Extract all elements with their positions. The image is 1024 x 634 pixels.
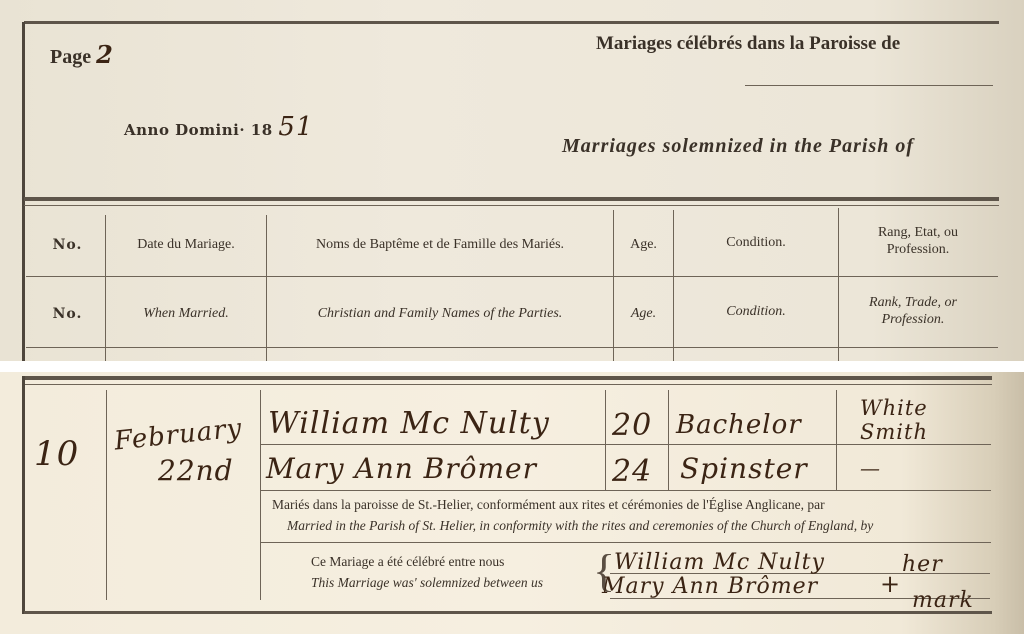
col-header-date-en: When Married. [106,305,266,322]
parish-text-line [261,542,991,543]
col-divider-3 [613,210,614,361]
col-header-condition-fr: Condition. [674,234,838,251]
mark-cross: + [880,570,901,598]
entry-col-divider-3 [605,390,606,490]
header-bottom-separator [26,347,998,348]
col-divider-5 [838,208,839,361]
groom-condition: Bachelor [676,410,802,440]
mark-label: mark [912,588,974,613]
col-header-names-en: Christian and Family Names of the Partie… [267,305,613,322]
bride-row-line [261,490,991,491]
page-number: 2 [96,40,114,69]
col-header-condition-en: Condition. [674,303,838,320]
table-top-thin-rule [24,205,999,206]
entry-date-month: February [113,413,244,456]
title-french: Mariages célébrés dans la Paroisse de [596,33,900,55]
bride-name: Mary Ann Brômer [266,452,537,485]
col-header-no-en: No. [30,306,105,323]
entry-number: 10 [34,434,79,474]
col-header-rank-fr: Rang, Etat, ou Profession. [858,224,978,258]
bride-age: 24 [612,454,652,489]
solemnized-text-french: Ce Mariage a été célébré entre nous [311,554,504,570]
anno-year: 51 [278,112,313,142]
table-top-thick-rule [24,197,999,201]
left-frame-rule-bottom [22,376,25,614]
entry-col-divider-4 [668,390,669,490]
page-label: Page 2 [50,40,114,69]
anno-domini-label: Anno Domini· 18 [124,121,273,139]
top-frame-rule [24,21,999,24]
parish-blank-line [745,85,993,86]
anno-domini: Anno Domini· 18 51 [124,112,314,142]
entry-col-divider-2 [260,390,261,600]
groom-row-line [261,444,991,445]
col-header-age-en: Age. [614,305,673,322]
groom-profession: White Smith [860,396,990,444]
page-label-text: Page [50,46,91,68]
parish-text-french: Mariés dans la paroisse de St.-Helier, c… [272,497,992,513]
signature-bride: Mary Ann Brômer [602,574,818,599]
mark-her-label: her [902,552,943,577]
entry-col-divider-1 [106,390,107,600]
bride-condition: Spinster [680,452,808,485]
signature-groom: William Mc Nulty [614,550,825,575]
left-frame-rule [22,22,25,361]
bride-profession: — [860,456,881,480]
col-header-rank-en: Rank, Trade, or Profession. [858,294,968,328]
entry-top-thick-rule [24,376,992,380]
col-header-names-fr: Noms de Baptême et de Famille des Mariés… [267,236,613,253]
col-divider-4 [673,210,674,361]
parish-text-english: Married in the Parish of St. Helier, in … [287,518,992,534]
register-page-top-scan: Page 2 Anno Domini· 18 51 Mariages céléb… [0,0,1024,361]
groom-age: 20 [612,408,652,443]
entry-top-thin-rule [24,384,992,385]
entry-date-day: 22nd [158,454,234,487]
solemnized-text-english: This Marriage was' solemnized between us [311,575,543,591]
entry-bottom-thick-rule [24,611,992,614]
register-page-bottom-scan: 10 February 22nd William Mc Nulty 20 Bac… [0,372,1024,634]
col-header-date-fr: Date du Mariage. [106,236,266,253]
col-header-age-fr: Age. [614,236,673,253]
groom-name: William Mc Nulty [268,406,550,441]
title-english: Marriages solemnized in the Parish of [562,135,914,158]
header-row-separator [26,276,998,277]
entry-col-divider-5 [836,390,837,490]
col-header-no-fr: No. [30,237,105,254]
